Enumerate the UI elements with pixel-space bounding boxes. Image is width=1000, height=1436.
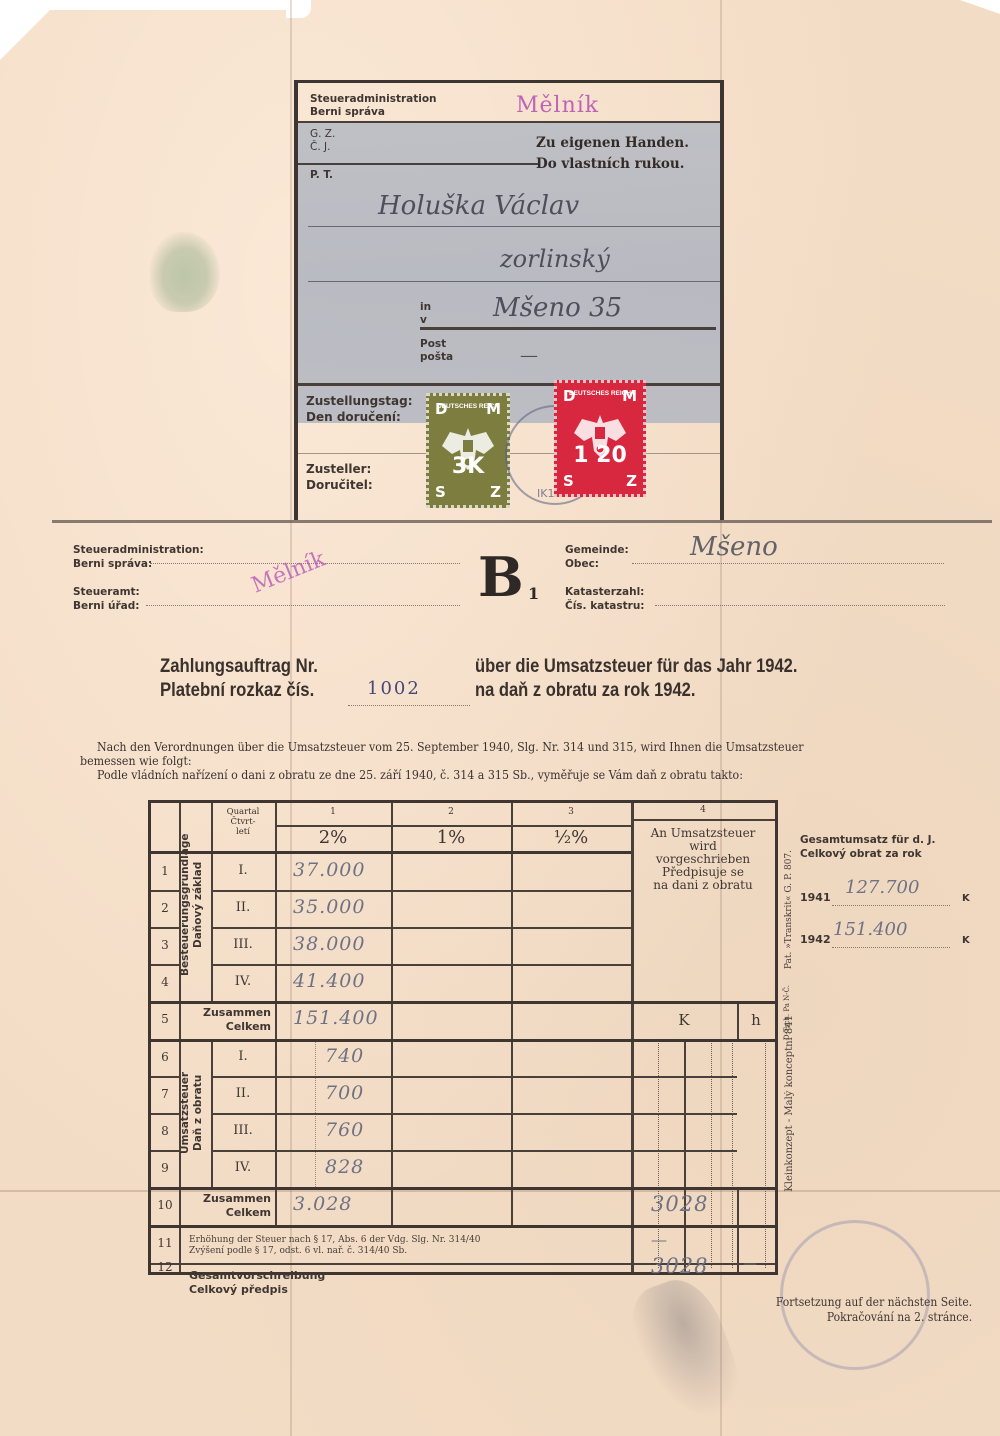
label-cz: Berni správa <box>310 106 437 119</box>
post-label-cz: pošta <box>420 351 453 364</box>
rate2-value: 35.000 <box>293 896 365 918</box>
unit-kronen: K <box>631 1011 737 1029</box>
column-number: 2 <box>391 807 511 817</box>
grid-line <box>151 1001 775 1004</box>
zusammen-line: Celkem <box>185 1206 271 1220</box>
label-cz: Doručitel: <box>306 477 373 493</box>
gemeinde-field <box>632 563 944 564</box>
legal-text-de-cont: bemessen wie folgt: <box>80 754 192 768</box>
tax-table: QuartalČtvrt-letí12%21%3½%4An Umsatzsteu… <box>148 800 778 1275</box>
grid-line <box>151 927 179 929</box>
row-number: 6 <box>151 1050 179 1064</box>
row-number: 9 <box>151 1161 179 1175</box>
section-label-line: Daňový základ <box>192 809 205 1001</box>
legal-text-cz: Podle vládních nařízení o dani z obratu … <box>97 768 743 782</box>
column-number: 1 <box>275 807 391 817</box>
row-number: 1 <box>151 864 179 878</box>
postage-stamp-green: DMSZDEUTSCHES REICH3K <box>426 393 510 508</box>
quarter-label: II. <box>211 900 275 915</box>
stamp-face: DMSZDEUTSCHES REICH3K <box>433 400 503 501</box>
turnover-value: 127.700 <box>845 877 919 898</box>
legal-text-de: Nach den Verordnungen über die Umsatzste… <box>97 740 804 754</box>
grid-line <box>391 803 393 1225</box>
section-label-line: Besteuerungsgrundlage <box>179 809 192 1001</box>
grid-line <box>211 1150 737 1152</box>
postage-stamp-red: DMSZDEUTSCHES REICH1 20 <box>554 380 646 497</box>
row-number: 5 <box>151 1012 179 1026</box>
printer-mark-small: D-Tsch. Pa N-Č. <box>783 985 791 1040</box>
row-description-line: Gesamtvorschreibung <box>189 1269 325 1283</box>
reference-label: G. Z. Č. J. <box>310 128 335 154</box>
tax-document-paper: Steueradministration Berni správa Mělník… <box>0 0 1000 1436</box>
gemeinde-value: Mšeno <box>690 532 778 562</box>
row-number: 12 <box>151 1260 179 1274</box>
title-cz: Celkový obrat za rok <box>800 847 936 861</box>
post-label: Post pošta <box>420 338 453 364</box>
quarter-label: I. <box>211 1049 275 1064</box>
column-number: 3 <box>511 807 631 817</box>
label-de: Steueramt: <box>73 585 140 599</box>
grid-line <box>211 890 631 892</box>
rate2-value: 700 <box>325 1082 364 1104</box>
label-cz: Den doručení: <box>306 409 413 425</box>
post-value: — <box>520 345 538 366</box>
row-number: 3 <box>151 938 179 952</box>
printer-mark-bottom: Kleinkonzept - Malý konceptní 841 <box>784 1015 795 1192</box>
label-de: Gemeinde: <box>565 543 629 557</box>
katasterzahl-field-label: Katasterzahl: Čís. katastru: <box>565 585 645 613</box>
grid-line <box>151 851 631 854</box>
recipient-occupation: zorlinský <box>500 245 610 273</box>
quartal-header: QuartalČtvrt-letí <box>211 807 275 837</box>
recipient-name: Holuška Václav <box>378 191 579 221</box>
printer-mark-top: Pat. »Transkrit« G. P. 807. <box>784 850 794 969</box>
title-cz: na daň z obratu za rok 1942. <box>475 679 797 703</box>
turnover-title: Gesamtumsatz für d. J. Celkový obrat za … <box>800 833 936 861</box>
rate2-value: 760 <box>325 1119 364 1141</box>
stain <box>150 232 220 312</box>
grid-line <box>151 1225 775 1228</box>
section-label-line: Daň z obratu <box>192 1039 205 1187</box>
office-stamp: Mělník <box>248 546 329 598</box>
divider <box>298 383 720 386</box>
label-de: Katasterzahl: <box>565 585 645 599</box>
row-description: GesamtvorschreibungCelkový předpis <box>189 1269 325 1297</box>
post-label-de: Post <box>420 338 453 351</box>
title-de: Gesamtumsatz für d. J. <box>800 833 936 847</box>
unit-heller: h <box>737 1011 775 1029</box>
zusammen-label: ZusammenCelkem <box>185 1006 271 1034</box>
column4-header-line: na dani z obratu <box>631 879 775 892</box>
label-cz: Berni správa: <box>73 557 204 571</box>
row-number: 8 <box>151 1124 179 1138</box>
rate2-value: 41.400 <box>293 970 365 992</box>
section-label-line: Umsatzsteuer <box>179 1039 192 1187</box>
delivery-note: Zu eigenen Handen. Do vlastních rukou. <box>536 133 689 175</box>
grid-line <box>511 803 513 1225</box>
section-divider <box>52 520 992 523</box>
row-description-line: Zvýšení podle § 17, odst. 6 vl. nař. č. … <box>189 1246 480 1257</box>
delivery-date-label: Zustellungstag: Den doručení: <box>306 393 413 425</box>
zusammen-line: Zusammen <box>185 1192 271 1206</box>
rate-header: 1% <box>391 827 511 848</box>
row-number: 2 <box>151 901 179 915</box>
zusammen-line: Celkem <box>185 1020 271 1034</box>
deliverer-label: Zusteller: Doručitel: <box>306 461 373 493</box>
title-cz: Platební rozkaz čís. <box>160 679 318 703</box>
turnover-field <box>832 947 950 948</box>
row-number: 10 <box>151 1198 179 1212</box>
order-title-right: über die Umsatzsteuer für das Jahr 1942.… <box>475 655 797 703</box>
address-header: Steueradministration Berni správa Mělník <box>298 83 720 123</box>
quarter-label: IV. <box>211 974 275 989</box>
address-line <box>420 327 716 330</box>
row-description: Erhöhung der Steuer nach § 17, Abs. 6 de… <box>189 1235 480 1257</box>
turnover-value: 151.400 <box>833 919 907 940</box>
stamp-face: DMSZDEUTSCHES REICH1 20 <box>561 387 639 490</box>
rate2-value: 3.028 <box>293 1193 352 1215</box>
order-number-field <box>348 705 470 706</box>
rate2-value: 151.400 <box>293 1007 379 1029</box>
cj-label: Č. J. <box>310 141 335 154</box>
label-de: Zustellungstag: <box>306 393 413 409</box>
grid-line <box>211 927 631 929</box>
grid-line <box>151 890 179 892</box>
quarter-label: II. <box>211 1086 275 1101</box>
rate-header: 2% <box>275 827 391 848</box>
recipient-place: Mšeno 35 <box>493 293 622 323</box>
quartal-header-line: letí <box>211 827 275 837</box>
title-de: über die Umsatzsteuer für das Jahr 1942. <box>475 655 797 679</box>
address-line <box>308 281 720 282</box>
quarter-label: IV. <box>211 1160 275 1175</box>
zusammen-label: ZusammenCelkem <box>185 1192 271 1220</box>
grid-line <box>737 1187 739 1272</box>
quartal-header-line: Quartal <box>211 807 275 817</box>
quarter-label: III. <box>211 937 275 952</box>
form-code-sub: 1 <box>528 584 539 603</box>
prescribed-heller: — <box>743 1256 758 1272</box>
label-de: Steueradministration <box>310 93 437 106</box>
prescribed-kronen: 3028 <box>651 1254 708 1278</box>
row-description-line: Erhöhung der Steuer nach § 17, Abs. 6 de… <box>189 1235 480 1246</box>
katasterzahl-field <box>655 605 945 606</box>
grid-line <box>151 964 179 966</box>
footer-de: Fortsetzung auf der nächsten Seite. <box>776 1295 972 1310</box>
delivery-note-de: Zu eigenen Handen. <box>536 133 689 154</box>
row-description-line: Celkový předpis <box>189 1283 325 1297</box>
address-line <box>308 226 720 227</box>
divider <box>298 163 538 165</box>
steueradmin-label: Steueradministration Berni správa <box>310 93 437 119</box>
prescribed-kronen: — <box>651 1230 668 1249</box>
turnover-unit: K <box>962 935 970 946</box>
order-number: 1002 <box>367 678 421 699</box>
steueradmin-field-label: Steueradministration: Berni správa: <box>73 543 204 571</box>
column4-header: An UmsatzsteuerwirdvorgeschriebenPředpis… <box>631 827 775 892</box>
gemeinde-field-label: Gemeinde: Obec: <box>565 543 629 571</box>
section-label-base: BesteuerungsgrundlageDaňový základ <box>179 809 211 1001</box>
postmark-text: IK1 <box>537 487 554 500</box>
ink-smudge <box>617 1269 753 1436</box>
steueramt-field-label: Steueramt: Berni úřad: <box>73 585 140 613</box>
continuation-note: Fortsetzung auf der nächsten Seite. Pokr… <box>776 1295 972 1325</box>
row-number: 7 <box>151 1087 179 1101</box>
turnover-year: 1941 <box>800 891 831 904</box>
label-cz: Čís. katastru: <box>565 599 645 613</box>
turnover-unit: K <box>962 893 970 904</box>
rate-header: ½% <box>511 827 631 848</box>
grid-line <box>151 1113 179 1115</box>
quartal-header-line: Čtvrt- <box>211 817 275 827</box>
torn-corner-right <box>960 0 1000 14</box>
footer-cz: Pokračování na 2. stránce. <box>776 1310 972 1325</box>
rate2-value: 740 <box>325 1045 364 1067</box>
turnover-year: 1942 <box>800 933 831 946</box>
pt-label: P. T. <box>310 169 333 182</box>
rate2-value: 828 <box>325 1156 364 1178</box>
grid-line <box>151 1076 179 1078</box>
turnover-field <box>832 905 950 906</box>
gz-label: G. Z. <box>310 128 335 141</box>
column-number: 4 <box>631 805 775 815</box>
quarter-label: III. <box>211 1123 275 1138</box>
grid-line <box>151 1150 179 1152</box>
form-code: B <box>478 547 524 607</box>
quarter-label: I. <box>211 863 275 878</box>
row-number: 4 <box>151 975 179 989</box>
dotted-guide <box>765 1043 766 1268</box>
rate2-value: 38.000 <box>293 933 365 955</box>
in-label: in v <box>420 301 431 327</box>
label-de: Steueradministration: <box>73 543 204 557</box>
steueramt-field <box>146 605 460 606</box>
torn-corner <box>0 0 60 60</box>
grid-line <box>684 1039 686 1272</box>
row-number: 11 <box>151 1236 179 1250</box>
title-de: Zahlungsauftrag Nr. <box>160 655 318 679</box>
label-de: Zusteller: <box>306 461 373 477</box>
rate2-value: 37.000 <box>293 859 365 881</box>
prescribed-kronen: 3028 <box>651 1192 708 1216</box>
grid-line <box>631 819 775 821</box>
zusammen-line: Zusammen <box>185 1006 271 1020</box>
grid-line <box>151 1039 775 1042</box>
order-title-left: Zahlungsauftrag Nr. Platební rozkaz čís. <box>160 655 318 703</box>
office-stamp: Mělník <box>516 93 599 118</box>
grid-line <box>151 1187 775 1190</box>
label-cz: Obec: <box>565 557 629 571</box>
label-cz: Berni úřad: <box>73 599 140 613</box>
delivery-note-cz: Do vlastních rukou. <box>536 154 689 175</box>
in-label-cz: v <box>420 314 431 327</box>
grid-line <box>211 1113 737 1115</box>
grid-line <box>275 803 277 1225</box>
in-label-de: in <box>420 301 431 314</box>
grid-line <box>211 964 631 966</box>
section-label-tax: UmsatzsteuerDaň z obratu <box>179 1039 211 1187</box>
grid-line <box>211 1076 737 1078</box>
